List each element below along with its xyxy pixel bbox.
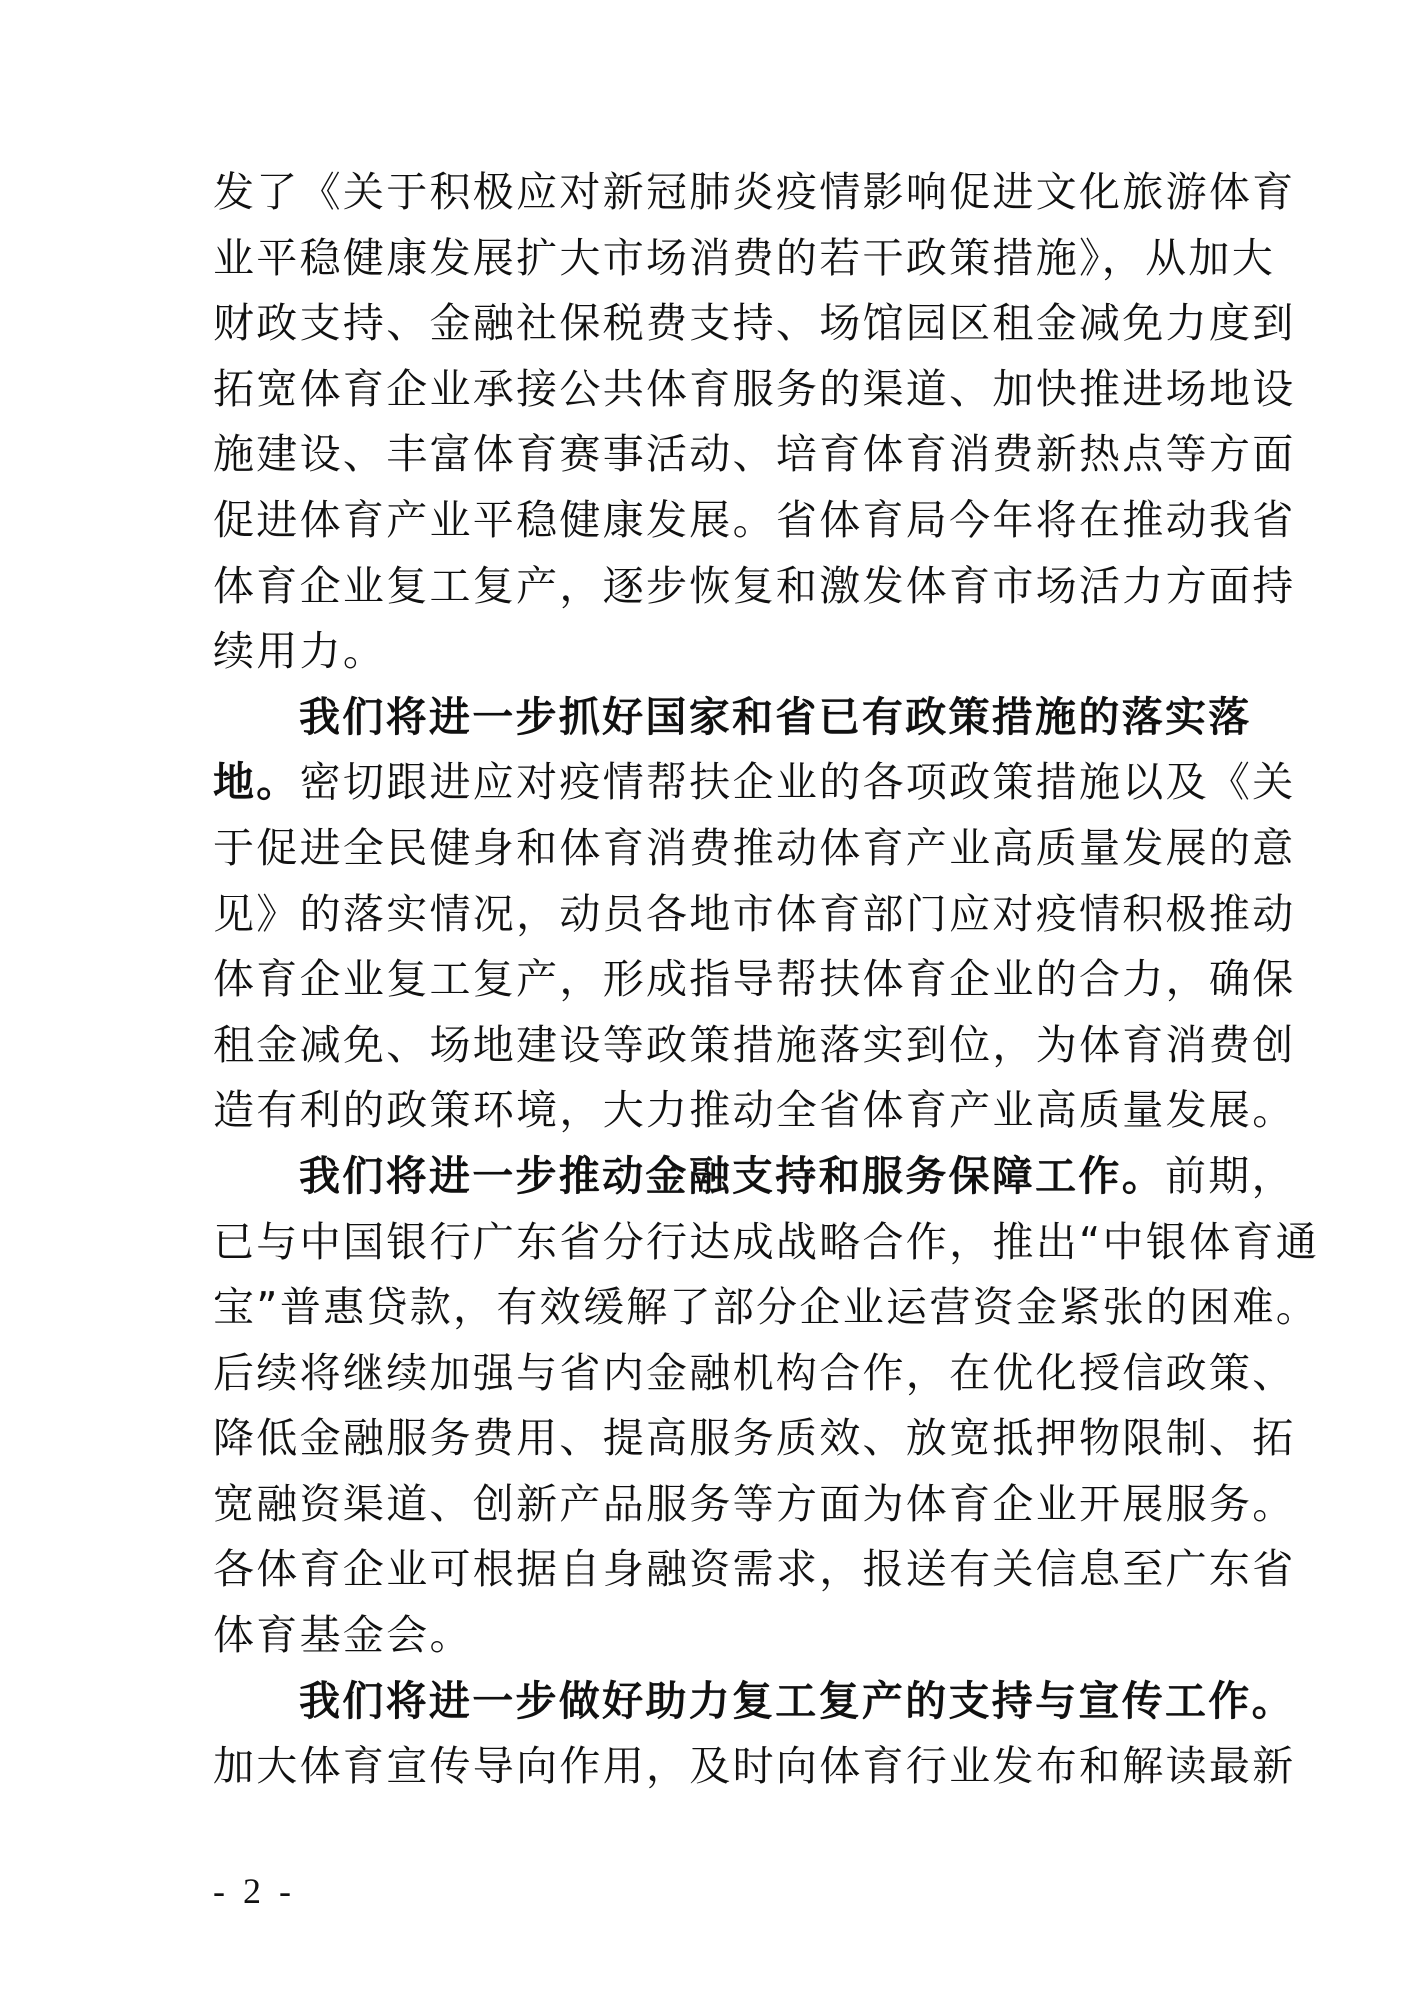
line-text: 体育企业复工复产，逐步恢复和激发体育市场活力方面持 xyxy=(213,562,1296,610)
text-line: 体育企业复工复产，形成指导帮扶体育企业的合力，确保 xyxy=(213,947,1213,1013)
text-line: 各体育企业可根据自身融资需求，报送有关信息至广东省 xyxy=(213,1537,1213,1603)
line-text: 财政支持、金融社保税费支持、场馆园区租金减免力度到 xyxy=(213,299,1296,347)
text-line: 施建设、丰富体育赛事活动、培育体育消费新热点等方面 xyxy=(213,422,1213,488)
text-line: 见》的落实情况，动员各地市体育部门应对疫情积极推动 xyxy=(213,882,1213,948)
line-text: 加大体育宣传导向作用，及时向体育行业发布和解读最新 xyxy=(213,1742,1296,1790)
page-number: - 2 - xyxy=(213,1870,291,1912)
line-text: 宽融资渠道、创新产品服务等方面为体育企业开展服务。 xyxy=(213,1480,1296,1528)
line-text: 促进体育产业平稳健康发展。省体育局今年将在推动我省 xyxy=(213,496,1296,544)
line-text: 体育企业复工复产，形成指导帮扶体育企业的合力，确保 xyxy=(213,955,1296,1003)
paragraph-policy-measures: 发了《关于积极应对新冠肺炎疫情影响促进文化旅游体育 业平稳健康发展扩大市场消费的… xyxy=(213,160,1213,685)
paragraph-publicity: 我们将进一步做好助力复工复产的支持与宣传工作。 加大体育宣传导向作用，及时向体育… xyxy=(213,1669,1213,1800)
line-text: 各体育企业可根据自身融资需求，报送有关信息至广东省 xyxy=(213,1545,1296,1593)
line-text: 租金减免、场地建设等政策措施落实到位，为体育消费创 xyxy=(213,1021,1296,1069)
document-body: 发了《关于积极应对新冠肺炎疫情影响促进文化旅游体育 业平稳健康发展扩大市场消费的… xyxy=(213,160,1213,1800)
text-line: 宽融资渠道、创新产品服务等方面为体育企业开展服务。 xyxy=(213,1472,1213,1538)
line-text: 体育基金会。 xyxy=(213,1611,473,1659)
text-line: 后续将继续加强与省内金融机构合作，在优化授信政策、 xyxy=(213,1341,1213,1407)
paragraph-financial-support: 我们将进一步推动金融支持和服务保障工作。前期， 已与中国银行广东省分行达成战略合… xyxy=(213,1144,1213,1669)
line-text: 造有利的政策环境，大力推动全省体育产业高质量发展。 xyxy=(213,1086,1296,1134)
paragraph-heading: 我们将进一步做好助力复工复产的支持与宣传工作。 xyxy=(299,1677,1295,1725)
text-line: 加大体育宣传导向作用，及时向体育行业发布和解读最新 xyxy=(213,1734,1213,1800)
line-text: 已与中国银行广东省分行达成战略合作，推出“中银体育通 xyxy=(213,1218,1319,1266)
line-text: 密切跟进应对疫情帮扶企业的各项政策措施以及《关 xyxy=(300,758,1296,806)
text-line: 于促进全民健身和体育消费推动体育产业高质量发展的意 xyxy=(213,816,1213,882)
line-text: 施建设、丰富体育赛事活动、培育体育消费新热点等方面 xyxy=(213,430,1296,478)
paragraph-heading: 我们将进一步推动金融支持和服务保障工作。 xyxy=(299,1152,1165,1200)
text-line: 体育基金会。 xyxy=(213,1603,1213,1669)
text-line: 我们将进一步做好助力复工复产的支持与宣传工作。 xyxy=(213,1669,1213,1735)
line-text: 于促进全民健身和体育消费推动体育产业高质量发展的意 xyxy=(213,824,1296,872)
text-line: 体育企业复工复产，逐步恢复和激发体育市场活力方面持 xyxy=(213,554,1213,620)
text-line: 促进体育产业平稳健康发展。省体育局今年将在推动我省 xyxy=(213,488,1213,554)
text-line: 业平稳健康发展扩大市场消费的若干政策措施》，从加大 xyxy=(213,226,1213,292)
line-text: 前期， xyxy=(1165,1152,1295,1200)
text-line: 租金减免、场地建设等政策措施落实到位，为体育消费创 xyxy=(213,1013,1213,1079)
text-line: 拓宽体育企业承接公共体育服务的渠道、加快推进场地设 xyxy=(213,357,1213,423)
line-text: 发了《关于积极应对新冠肺炎疫情影响促进文化旅游体育 xyxy=(213,168,1296,216)
text-line: 宝”普惠贷款，有效缓解了部分企业运营资金紧张的困难。 xyxy=(213,1275,1213,1341)
text-line: 降低金融服务费用、提高服务质效、放宽抵押物限制、拓 xyxy=(213,1406,1213,1472)
paragraph-implementation: 我们将进一步抓好国家和省已有政策措施的落实落 地。密切跟进应对疫情帮扶企业的各项… xyxy=(213,685,1213,1144)
line-text: 宝”普惠贷款，有效缓解了部分企业运营资金紧张的困难。 xyxy=(213,1283,1319,1331)
line-text: 业平稳健康发展扩大市场消费的若干政策措施》，从加大 xyxy=(213,234,1275,282)
text-line: 我们将进一步推动金融支持和服务保障工作。前期， xyxy=(213,1144,1213,1210)
text-line: 我们将进一步抓好国家和省已有政策措施的落实落 xyxy=(213,685,1213,751)
text-line: 发了《关于积极应对新冠肺炎疫情影响促进文化旅游体育 xyxy=(213,160,1213,226)
text-line: 地。密切跟进应对疫情帮扶企业的各项政策措施以及《关 xyxy=(213,750,1213,816)
text-line: 财政支持、金融社保税费支持、场馆园区租金减免力度到 xyxy=(213,291,1213,357)
text-line: 造有利的政策环境，大力推动全省体育产业高质量发展。 xyxy=(213,1078,1213,1144)
line-text: 拓宽体育企业承接公共体育服务的渠道、加快推进场地设 xyxy=(213,365,1296,413)
line-text: 降低金融服务费用、提高服务质效、放宽抵押物限制、拓 xyxy=(213,1414,1296,1462)
paragraph-heading: 地。 xyxy=(213,758,300,806)
text-line: 续用力。 xyxy=(213,619,1213,685)
line-text: 续用力。 xyxy=(213,627,386,675)
paragraph-heading: 我们将进一步抓好国家和省已有政策措施的落实落 xyxy=(299,693,1252,741)
line-text: 见》的落实情况，动员各地市体育部门应对疫情积极推动 xyxy=(213,890,1296,938)
text-line: 已与中国银行广东省分行达成战略合作，推出“中银体育通 xyxy=(213,1210,1213,1276)
line-text: 后续将继续加强与省内金融机构合作，在优化授信政策、 xyxy=(213,1349,1296,1397)
